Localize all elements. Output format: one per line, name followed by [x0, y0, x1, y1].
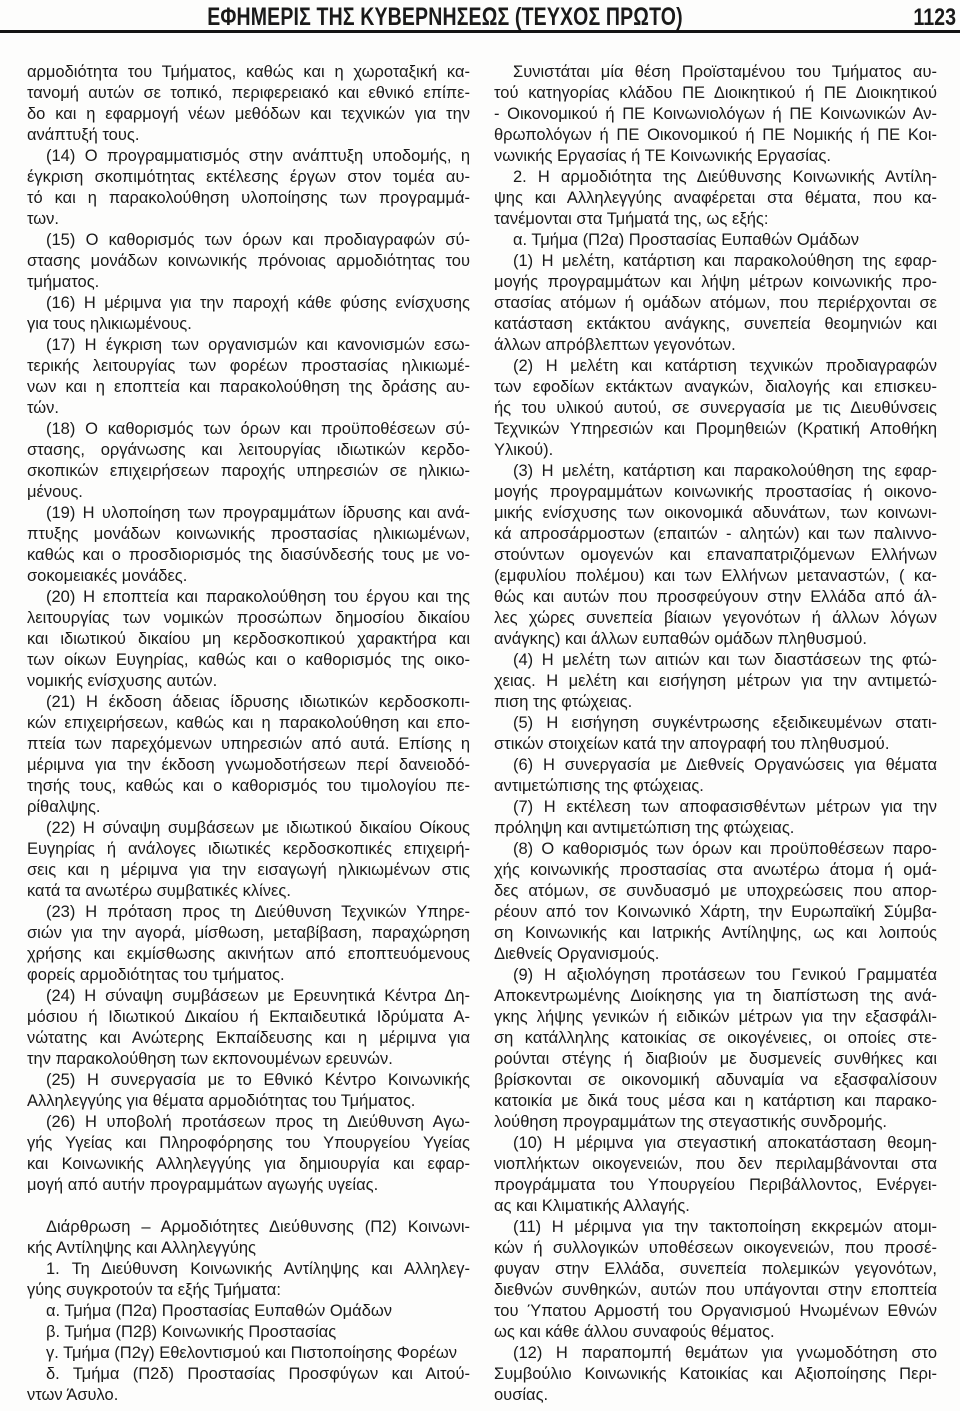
paragraph: (26) Η υποβολή προτάσεων προς τη Διεύθυν…	[27, 1112, 470, 1196]
text-line: ας και Κλιματικής Αλλαγής.	[494, 1196, 937, 1217]
paragraph: 2. Η αρμοδιότητα της Διεύθυνσης Κοινωνικ…	[494, 167, 937, 230]
text-line: στασίας ατόμων ή ομάδων ατόμων, που περι…	[494, 293, 937, 314]
text-line: πρόληψη και αντιμετώπιση της φτώχειας.	[494, 818, 937, 839]
text-line: α. Τμήμα (Π2α) Προστασίας Ευπαθών Ομάδων	[27, 1301, 470, 1322]
text-line: λούθηση προγραμμάτων της στεγαστικής συν…	[494, 1112, 937, 1133]
text-line: (εμφυλίου πολέμου) και των Ελλήνων μεταν…	[494, 566, 937, 587]
text-line: κής Αντίληψης και Αλληλεγγύης	[27, 1238, 470, 1259]
text-line: μένους.	[27, 482, 470, 503]
text-line: την παρακολούθηση των εκπονουμένων ερευν…	[27, 1049, 470, 1070]
text-line: γής Υγείας και Πληροφόρησης του Υπουργεί…	[27, 1133, 470, 1154]
text-line: α. Τμήμα (Π2α) Προστασίας Ευπαθών Ομάδων	[494, 230, 937, 251]
text-line: Ευγηρίας ή ανάλογες ιδιωτικές κερδοσκοπι…	[27, 839, 470, 860]
text-line: (17) Η έγκριση των οργανισμών και κανονι…	[27, 335, 470, 356]
text-line: αρμοδιότητα του Τμήματος, καθώς και η χω…	[27, 62, 470, 83]
paragraph: (4) Η μελέτη των αιτιών και των διαστάσε…	[494, 650, 937, 713]
text-line: ανάπτυξή τους.	[27, 125, 470, 146]
text-line: ής του υλικού αυτού, σε συνεργασία με τι…	[494, 398, 937, 419]
text-line: βρίσκονται σε οικονομική αδυναμία να εξα…	[494, 1070, 937, 1091]
text-line: τησής τους, καθώς και ο καθορισμός του τ…	[27, 776, 470, 797]
text-line: Διεθνείς Οργανισμούς.	[494, 944, 937, 965]
paragraph: δ. Τμήμα (Π2δ) Προστασίας Προσφύγων και …	[27, 1364, 470, 1406]
text-line: νων και η εποπτεία και παρακολούθηση της…	[27, 377, 470, 398]
paragraph: (11) Η μέριμνα για την τακτοποίηση εκκρε…	[494, 1217, 937, 1343]
column-left: αρμοδιότητα του Τμήματος, καθώς και η χω…	[27, 62, 470, 1406]
paragraph: β. Τμήμα (Π2β) Κοινωνικής Προστασίας	[27, 1322, 470, 1343]
paragraph: (10) Η μέριμνα για στεγαστική αποκατάστα…	[494, 1133, 937, 1217]
paragraph: γ. Τμήμα (Π2γ) Εθελοντισμού και Πιστοποί…	[27, 1343, 470, 1364]
text-line: πτυξης μονάδων κοινωνικής προστασίας ηλι…	[27, 524, 470, 545]
paragraph: (19) Η υλοποίηση των προγραμμάτων ίδρυση…	[27, 503, 470, 587]
text-line: τών.	[27, 398, 470, 419]
text-line: ουσίας.	[494, 1385, 937, 1406]
text-line: στασης μονάδων κοινωνικής πρόνοιας αρμοδ…	[27, 251, 470, 272]
text-line: κών επιχειρήσεων, καθώς και η παρακολούθ…	[27, 713, 470, 734]
paragraph: (1) Η μελέτη, κατάρτιση και παρακολούθησ…	[494, 251, 937, 356]
text-line: κατοικία με δικά τους μέσα και η κατάρτι…	[494, 1091, 937, 1112]
text-line: (19) Η υλοποίηση των προγραμμάτων ίδρυση…	[27, 503, 470, 524]
text-line: (14) Ο προγραμματισμός στην ανάπτυξη υπο…	[27, 146, 470, 167]
text-line: πιση της φτώχειας.	[494, 692, 937, 713]
text-line: τανέμονται στα Τμήματά της, ως εξής:	[494, 209, 937, 230]
text-line: Αλληλεγγύης για θέματα αρμοδιότητας του …	[27, 1091, 470, 1112]
paragraph: (17) Η έγκριση των οργανισμών και κανονι…	[27, 335, 470, 419]
paragraph: (16) Η μέριμνα για την παροχή κάθε φύσης…	[27, 293, 470, 335]
paragraph: (3) Η μελέτη, κατάρτιση και παρακολούθησ…	[494, 461, 937, 650]
text-line: (12) Η παραπομπή θεμάτων για γνωμοδότηση…	[494, 1343, 937, 1364]
text-line: (10) Η μέριμνα για στεγαστική αποκατάστα…	[494, 1133, 937, 1154]
text-line: γκης λήψης γενικών ή ειδικών μέτρων για …	[494, 1007, 937, 1028]
text-line: ντων Άσυλο.	[27, 1385, 470, 1406]
text-line: δ. Τμήμα (Π2δ) Προστασίας Προσφύγων και …	[27, 1364, 470, 1385]
text-line: λες χώρες συνεπεία βίαιων γεγονότων ή άλ…	[494, 608, 937, 629]
text-line: μογής προγραμμάτων κοινωνικής προστασίας…	[494, 482, 937, 503]
text-line: στούντων ομογενών και επαναπατριζόμενων …	[494, 545, 937, 566]
paragraph: αρμοδιότητα του Τμήματος, καθώς και η χω…	[27, 62, 470, 146]
text-line: (8) Ο καθορισμός των όρων και προϋποθέσε…	[494, 839, 937, 860]
text-line: μογής προγραμμάτων και λήψη μέτρων κοινω…	[494, 272, 937, 293]
paragraph: (23) Η πρόταση προς τη Διεύθυνση Τεχνικώ…	[27, 902, 470, 986]
text-line: κατά τα ανωτέρω συμβατικές κλίνες.	[27, 881, 470, 902]
text-line: γ. Τμήμα (Π2γ) Εθελοντισμού και Πιστοποί…	[27, 1343, 470, 1364]
text-line: θρωπολόγων ή ΠΕ Οικονομικού ή ΠΕ Νομικής…	[494, 125, 937, 146]
text-line: Συμβούλιο Κοινωνικής Κατοικίας και Αξιοπ…	[494, 1364, 937, 1385]
paragraph: (9) Η αξιολόγηση προτάσεων του Γενικού Γ…	[494, 965, 937, 1133]
text-line: (7) Η εκτέλεση των αποφασισθέντων μέτρων…	[494, 797, 937, 818]
text-line: (3) Η μελέτη, κατάρτιση και παρακολούθησ…	[494, 461, 937, 482]
text-line: νωνικής Εργασίας ή ΤΕ Κοινωνικής Εργασία…	[494, 146, 937, 167]
text-line: έγκριση σκοπιμότητας εκτέλεσης έργων στο…	[27, 167, 470, 188]
paragraph: (7) Η εκτέλεση των αποφασισθέντων μέτρων…	[494, 797, 937, 839]
text-line: ρέουν από τον Κοινωνικό Χάρτη, την Ευρωπ…	[494, 902, 937, 923]
text-line: καθώς και ο προσδιορισμός της διασύνδεσή…	[27, 545, 470, 566]
text-line: (25) Η συνεργασία με το Εθνικό Κέντρο Κο…	[27, 1070, 470, 1091]
text-line: ση κατάλληλης κατοικίας σε οικογένειες, …	[494, 1028, 937, 1049]
text-line: μογή από αυτήν προγραμμάτων αγωγής υγεία…	[27, 1175, 470, 1196]
text-line: σοκομειακές μονάδες.	[27, 566, 470, 587]
text-line: - Οικονομικού ή ΠΕ Κοινωνιολόγων ή ΠΕ Κο…	[494, 104, 937, 125]
text-line: των.	[27, 209, 470, 230]
document-body: αρμοδιότητα του Τμήματος, καθώς και η χω…	[0, 33, 960, 1406]
text-line: (24) Η σύναψη συμβάσεων με Ερευνητικά Κέ…	[27, 986, 470, 1007]
text-line: μέριμνα για την έκδοση γνωμοδοτήσεων περ…	[27, 755, 470, 776]
text-line: (18) Ο καθορισμός των όρων και προϋποθέσ…	[27, 419, 470, 440]
text-line: Τεχνικών Υπηρεσιών και Προμηθειών (Κρατι…	[494, 419, 937, 440]
text-line: τμήματος.	[27, 272, 470, 293]
paragraph: (14) Ο προγραμματισμός στην ανάπτυξη υπο…	[27, 146, 470, 230]
text-line: κών ή συλλογικών υποθέσεων οικογενειών, …	[494, 1238, 937, 1259]
text-line: χής κοινωνικής προστασίας στα ανωτέρω άτ…	[494, 860, 937, 881]
text-line: του Ύπατου Αρμοστή του Οργανισμού Ηνωμέν…	[494, 1301, 937, 1322]
text-line: Συνιστάται μία θέση Προϊσταμένου του Τμή…	[494, 62, 937, 83]
text-line: ανάγκης) και άλλων ευπαθών ομάδων πληθυσ…	[494, 629, 937, 650]
text-line: σεις και η μέριμνα για την εισαγωγή ηλικ…	[27, 860, 470, 881]
text-line: 2. Η αρμοδιότητα της Διεύθυνσης Κοινωνικ…	[494, 167, 937, 188]
text-line: και ιδιωτικού δικαίου μη κερδοσκοπικού χ…	[27, 629, 470, 650]
page-title: ΕΦΗΜΕΡΙΣ ΤΗΣ ΚΥΒΕΡΝΗΣΕΩΣ (ΤΕΥΧΟΣ ΠΡΩΤΟ)	[71, 3, 820, 32]
paragraph: (15) Ο καθορισμός των όρων και προδιαγρα…	[27, 230, 470, 293]
paragraph: (5) Η εισήγηση συγκέντρωσης εξειδικευμέν…	[494, 713, 937, 755]
text-line: κατάσταση εκτάκτου ανάγκης, συνεπεία θεο…	[494, 314, 937, 335]
text-line: χρήσης και εκμίσθωσης ακινήτων από εποπτ…	[27, 944, 470, 965]
text-line: στικών στοιχείων κατά την απογραφή του π…	[494, 734, 937, 755]
paragraph: (8) Ο καθορισμός των όρων και προϋποθέσε…	[494, 839, 937, 965]
text-line: Αποκεντρωμένης Διοίκησης για τη διαπίστω…	[494, 986, 937, 1007]
text-line: αντιμετώπισης της φτώχειας.	[494, 776, 937, 797]
text-line: δες ατόμων, σε συνδυασμό με υποχρεώσεις …	[494, 881, 937, 902]
paragraph: (20) Η εποπτεία και παρακολούθηση του έρ…	[27, 587, 470, 692]
text-line: χειας. Η μελέτη και εισήγηση μέτρων για …	[494, 671, 937, 692]
text-line: δο και η εφαρμογή νέων μεθόδων και τεχνι…	[27, 104, 470, 125]
text-line: σιών για την αγορά, μίσθωση, μεταβίβαση,…	[27, 923, 470, 944]
text-line: πτεία των παρεχόμενων υπηρεσιών από αυτά…	[27, 734, 470, 755]
text-line: Διάρθρωση – Αρμοδιότητες Διεύθυνσης (Π2)…	[27, 1217, 470, 1238]
text-line: των εφοδίων εκτάκτων αναγκών, διαλογής κ…	[494, 377, 937, 398]
paragraph: (21) Η έκδοση άδειας ίδρυσης ιδιωτικών κ…	[27, 692, 470, 818]
text-line: (22) Η σύναψη συμβάσεων με ιδιωτικού δικ…	[27, 818, 470, 839]
text-line: (20) Η εποπτεία και παρακολούθηση του έρ…	[27, 587, 470, 608]
text-line: προγράμματα του Υπουργείου Περιβάλλοντος…	[494, 1175, 937, 1196]
text-line: σκοπικών επιχειρήσεων παροχής υπηρεσιών …	[27, 461, 470, 482]
text-line: νιοπλήκτων οικογενειών, που δεν περιλαμβ…	[494, 1154, 937, 1175]
text-line: για τους ηλικιωμένους.	[27, 314, 470, 335]
paragraph: 1. Τη Διεύθυνση Κοινωνικής Αντίληψης και…	[27, 1259, 470, 1301]
paragraph: α. Τμήμα (Π2α) Προστασίας Ευπαθών Ομάδων	[27, 1301, 470, 1322]
text-line: τό και η παρακολούθηση υλοποίησης των πρ…	[27, 188, 470, 209]
text-line: ρούνται στέγης ή διαβιούν με δυσμενείς σ…	[494, 1049, 937, 1070]
text-line: ψης και Αλληλεγγύης αναφέρεται στα θέματ…	[494, 188, 937, 209]
text-line: τανομή αυτών σε τοπικό, περιφερειακό και…	[27, 83, 470, 104]
text-line: κά απροσάρμοστων (επαιτών - αλητών) και …	[494, 524, 937, 545]
text-line: νομικής ενίσχυσης αυτών.	[27, 671, 470, 692]
text-line: τού κατηγορίας κλάδου ΠΕ Διοικητικού ή Π…	[494, 83, 937, 104]
column-right: Συνιστάται μία θέση Προϊσταμένου του Τμή…	[494, 62, 937, 1406]
text-line: (15) Ο καθορισμός των όρων και προδιαγρα…	[27, 230, 470, 251]
paragraph: Συνιστάται μία θέση Προϊσταμένου του Τμή…	[494, 62, 937, 167]
paragraph: (22) Η σύναψη συμβάσεων με ιδιωτικού δικ…	[27, 818, 470, 902]
text-line: των οίκων Ευγηρίας, καθώς και ο καθορισμ…	[27, 650, 470, 671]
text-line: γύης συγκροτούν τα εξής Τμήματα:	[27, 1280, 470, 1301]
paragraph: (18) Ο καθορισμός των όρων και προϋποθέσ…	[27, 419, 470, 503]
text-line: Υλικού).	[494, 440, 937, 461]
text-line: λειτουργίας των νομικών προσώπων δημοσίο…	[27, 608, 470, 629]
text-line: (16) Η μέριμνα για την παροχή κάθε φύσης…	[27, 293, 470, 314]
text-line: (2) Η μελέτη και κατάρτιση τεχνικών προδ…	[494, 356, 937, 377]
page-number: 1123	[913, 4, 956, 32]
page-header: ΕΦΗΜΕΡΙΣ ΤΗΣ ΚΥΒΕΡΝΗΣΕΩΣ (ΤΕΥΧΟΣ ΠΡΩΤΟ) …	[0, 0, 960, 33]
text-line: (5) Η εισήγηση συγκέντρωσης εξειδικευμέν…	[494, 713, 937, 734]
text-line: φυγαν στην Ελλάδα, συνεπεία πολεμικών γε…	[494, 1259, 937, 1280]
text-line: (4) Η μελέτη των αιτιών και των διαστάσε…	[494, 650, 937, 671]
text-line: φορείς αρμοδιότητας του τμήματος.	[27, 965, 470, 986]
paragraph: (12) Η παραπομπή θεμάτων για γνωμοδότηση…	[494, 1343, 937, 1406]
text-line: άλλων απρόβλεπτων γεγονότων.	[494, 335, 937, 356]
text-line: (26) Η υποβολή προτάσεων προς τη Διεύθυν…	[27, 1112, 470, 1133]
paragraph: (2) Η μελέτη και κατάρτιση τεχνικών προδ…	[494, 356, 937, 461]
text-line: (1) Η μελέτη, κατάρτιση και παρακολούθησ…	[494, 251, 937, 272]
text-line: στασης, οργάνωσης και λειτουργίας ιδιωτι…	[27, 440, 470, 461]
text-line: μόσιου ή Ιδιωτικού Δικαίου ή Εκπαιδευτικ…	[27, 1007, 470, 1028]
text-line: και Κοινωνικής Αλληλεγγύης για δημιουργί…	[27, 1154, 470, 1175]
text-line: (21) Η έκδοση άδειας ίδρυσης ιδιωτικών κ…	[27, 692, 470, 713]
paragraph: (24) Η σύναψη συμβάσεων με Ερευνητικά Κέ…	[27, 986, 470, 1070]
text-line: ρίθαλψης.	[27, 797, 470, 818]
paragraph: Διάρθρωση – Αρμοδιότητες Διεύθυνσης (Π2)…	[27, 1217, 470, 1259]
text-line: (9) Η αξιολόγηση προτάσεων του Γενικού Γ…	[494, 965, 937, 986]
text-line: (11) Η μέριμνα για την τακτοποίηση εκκρε…	[494, 1217, 937, 1238]
text-line: (6) Η συνεργασία με Διεθνείς Οργανώσεις …	[494, 755, 937, 776]
text-line: διεθνών συνθηκών, αυτών που υπάγονται στ…	[494, 1280, 937, 1301]
text-line: β. Τμήμα (Π2β) Κοινωνικής Προστασίας	[27, 1322, 470, 1343]
gazette-page: ΕΦΗΜΕΡΙΣ ΤΗΣ ΚΥΒΕΡΝΗΣΕΩΣ (ΤΕΥΧΟΣ ΠΡΩΤΟ) …	[0, 0, 960, 1411]
paragraph: (25) Η συνεργασία με το Εθνικό Κέντρο Κο…	[27, 1070, 470, 1112]
text-line: νώτατης και Ανώτερης Εκπαίδευσης και η μ…	[27, 1028, 470, 1049]
text-line: θώς και αυτών που προσφεύγουν στην Ελλάδ…	[494, 587, 937, 608]
text-line: ση Κοινωνικής και Ιατρικής Αντίληψης, ως…	[494, 923, 937, 944]
text-line: τερικής λειτουργίας των φορέων προστασία…	[27, 356, 470, 377]
paragraph: α. Τμήμα (Π2α) Προστασίας Ευπαθών Ομάδων	[494, 230, 937, 251]
text-line: ως και κάθε άλλου συναφούς θέματος.	[494, 1322, 937, 1343]
text-line: 1. Τη Διεύθυνση Κοινωνικής Αντίληψης και…	[27, 1259, 470, 1280]
text-line: μικής ενίσχυσης των οικονομικά αδυνάτων,…	[494, 503, 937, 524]
text-line: (23) Η πρόταση προς τη Διεύθυνση Τεχνικώ…	[27, 902, 470, 923]
paragraph: (6) Η συνεργασία με Διεθνείς Οργανώσεις …	[494, 755, 937, 797]
